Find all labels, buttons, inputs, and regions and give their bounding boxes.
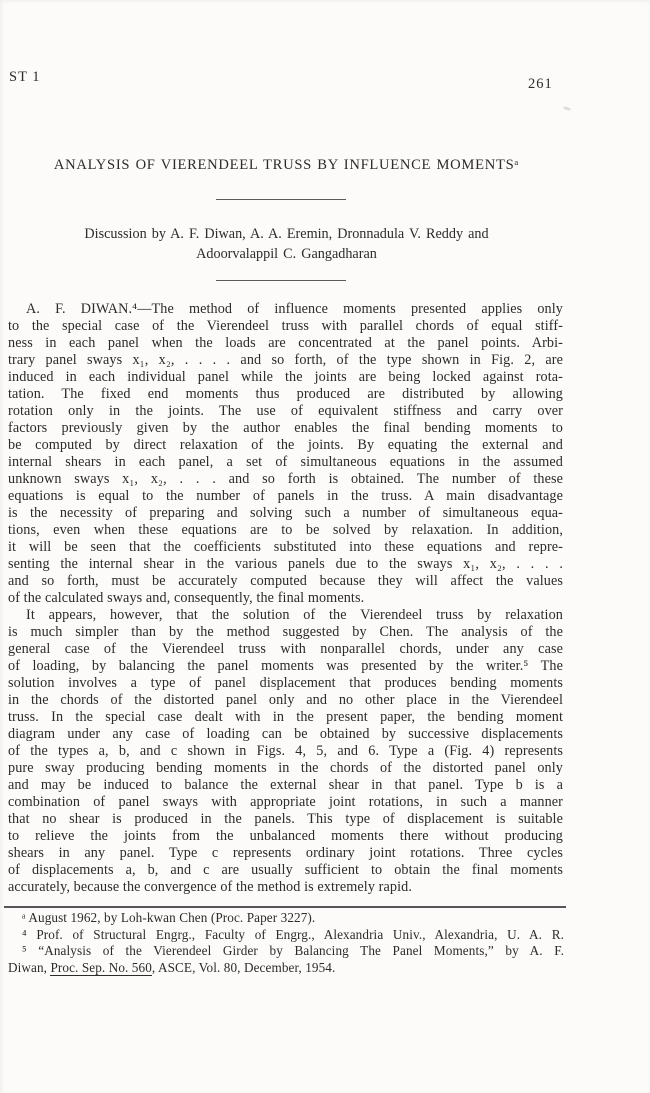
- footnote-5-citation-underlined: Proc. Sep. No. 560: [50, 960, 151, 977]
- text-line: factors previously given by the author e…: [8, 420, 563, 437]
- running-head: ST 1: [9, 69, 41, 86]
- paragraph-1: A. F. DIWAN.⁴—The method of influence mo…: [8, 301, 563, 607]
- body-text: A. F. DIWAN.⁴—The method of influence mo…: [8, 301, 563, 896]
- text-line: unknown sways x₁, x₂, . . . and so forth…: [8, 471, 563, 488]
- text-line: diagram under any case of loading can be…: [8, 726, 563, 743]
- footnote-5-prefix: Diwan,: [8, 960, 50, 975]
- text-line: tation. The fixed end moments thus produ…: [8, 386, 563, 403]
- title-divider-rule: [216, 199, 346, 200]
- footnote-4: ⁴ Prof. of Structural Engrg., Faculty of…: [8, 927, 564, 944]
- byline-divider-rule: [216, 280, 346, 281]
- text-line: in the chords of the distorted panel onl…: [8, 692, 563, 709]
- footnote-a: ᵃ August 1962, by Loh-kwan Chen (Proc. P…: [8, 910, 564, 927]
- text-line: rotation only in the joints. The use of …: [8, 403, 563, 420]
- text-line: solution involves a type of panel displa…: [8, 675, 563, 692]
- text-line: internal shears in each panel, a set of …: [8, 454, 563, 471]
- text-line: and may be induced to balance the extern…: [8, 777, 563, 794]
- text-line: trary panel sways x₁, x₂, . . . . and so…: [8, 352, 563, 369]
- text-line: truss. In the special case dealt with in…: [8, 709, 563, 726]
- text-line: is the necessity of preparing and solvin…: [8, 505, 563, 522]
- footnote-separator-rule: [4, 906, 566, 908]
- footnotes: ᵃ August 1962, by Loh-kwan Chen (Proc. P…: [8, 910, 564, 976]
- footnote-5-line-1: ⁵ “Analysis of the Vierendeel Girder by …: [8, 943, 564, 960]
- page-number: 261: [528, 76, 553, 93]
- text-line: is much simpler than by the method sugge…: [8, 624, 563, 641]
- byline-line-2: Adoorvalappil C. Gangadharan: [14, 244, 559, 264]
- text-line: of displacements a, b, and c are usually…: [8, 862, 563, 879]
- text-line: of the calculated sways and, consequentl…: [8, 590, 563, 607]
- text-line: to relieve the joints from the unbalance…: [8, 828, 563, 845]
- scan-speck: [563, 106, 572, 111]
- text-line: induced in each individual panel while t…: [8, 369, 563, 386]
- text-line: of loading, by balancing the panel momen…: [8, 658, 563, 675]
- text-line: tions, even when these equations are to …: [8, 522, 563, 539]
- footnote-5-line-2: Diwan, Proc. Sep. No. 560, ASCE, Vol. 80…: [8, 960, 564, 977]
- text-line: senting the internal shear in the variou…: [8, 556, 563, 573]
- byline-line-1: Discussion by A. F. Diwan, A. A. Eremin,…: [14, 224, 559, 244]
- text-line: accurately, because the convergence of t…: [8, 879, 563, 896]
- text-line: and so forth, must be accurately compute…: [8, 573, 563, 590]
- text-line: combination of panel sways with appropri…: [8, 794, 563, 811]
- text-line: be computed by direct relaxation of the …: [8, 437, 563, 454]
- text-line: to the special case of the Vierendeel tr…: [8, 318, 563, 335]
- text-line: equations is equal to the number of pane…: [8, 488, 563, 505]
- text-line: A. F. DIWAN.⁴—The method of influence mo…: [8, 301, 563, 318]
- text-line: that no shear is produced in the panels.…: [8, 811, 563, 828]
- text-line: it will be seen that the coefficients su…: [8, 539, 563, 556]
- text-line: pure sway producing bending moments in t…: [8, 760, 563, 777]
- footnote-5-suffix: , ASCE, Vol. 80, December, 1954.: [152, 960, 336, 975]
- paragraph-2: It appears, however, that the solution o…: [8, 607, 563, 896]
- text-line: ness in each panel when the loads are co…: [8, 335, 563, 352]
- paper-title: ANALYSIS OF VIERENDEEL TRUSS BY INFLUENC…: [14, 157, 559, 174]
- text-line: shears in any panel. Type c represents o…: [8, 845, 563, 862]
- text-line: of the types a, b, and c shown in Figs. …: [8, 743, 563, 760]
- scanned-paper-page: ST 1 261 ANALYSIS OF VIERENDEEL TRUSS BY…: [0, 0, 650, 1093]
- text-line: It appears, however, that the solution o…: [8, 607, 563, 624]
- discussion-byline: Discussion by A. F. Diwan, A. A. Eremin,…: [14, 224, 559, 264]
- text-line: general case of the Vierendeel truss wit…: [8, 641, 563, 658]
